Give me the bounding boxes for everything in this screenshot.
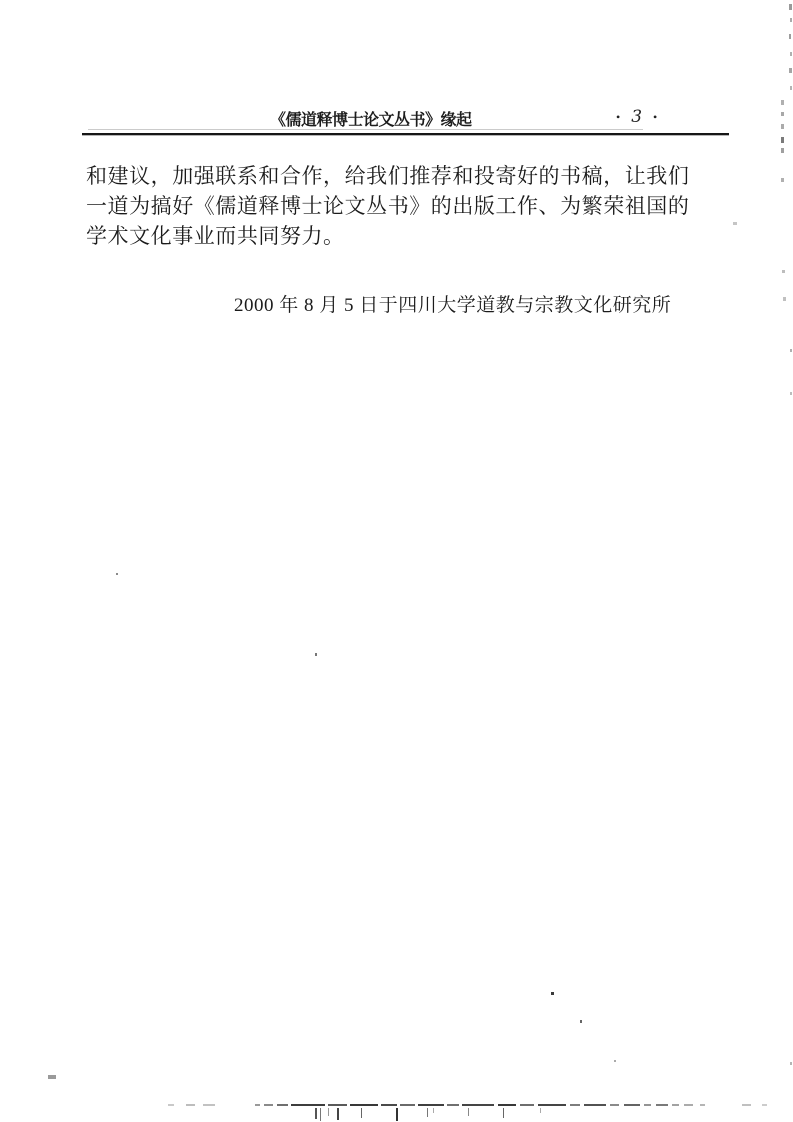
scan-mark bbox=[584, 1104, 606, 1106]
scan-mark bbox=[264, 1104, 273, 1106]
page-number-dot-right: • bbox=[653, 111, 657, 123]
scan-mark bbox=[790, 52, 792, 56]
scan-mark bbox=[782, 270, 785, 273]
body-paragraph: 和建议，加强联系和合作，给我们推荐和投寄好的书稿，让我们 一道为搞好《儒道释博士… bbox=[86, 161, 726, 251]
scan-mark bbox=[320, 1108, 321, 1121]
scan-mark bbox=[468, 1108, 469, 1116]
scan-mark bbox=[186, 1104, 195, 1106]
scan-mark bbox=[742, 1104, 751, 1106]
scan-mark bbox=[656, 1104, 668, 1106]
scan-mark bbox=[168, 1104, 174, 1106]
scan-mark bbox=[337, 1108, 339, 1120]
scan-mark bbox=[538, 1104, 566, 1106]
page-number: • 3 • bbox=[616, 107, 657, 127]
scan-mark bbox=[781, 148, 784, 153]
scan-mark bbox=[291, 1104, 325, 1106]
scan-mark bbox=[789, 68, 792, 73]
scan-mark bbox=[781, 124, 784, 129]
scan-mark bbox=[781, 100, 784, 105]
scan-mark bbox=[400, 1104, 415, 1106]
scan-mark bbox=[48, 1075, 56, 1079]
scan-mark bbox=[498, 1104, 516, 1106]
page-number-value: 3 bbox=[631, 109, 642, 126]
scan-mark bbox=[672, 1104, 679, 1106]
scan-mark bbox=[789, 34, 791, 39]
scan-mark bbox=[315, 1108, 317, 1119]
scan-mark bbox=[361, 1108, 362, 1118]
scan-mark bbox=[684, 1104, 693, 1106]
scan-mark bbox=[381, 1104, 397, 1106]
header-rule-ghost-line bbox=[88, 129, 643, 130]
scan-mark bbox=[790, 349, 792, 352]
scan-mark bbox=[614, 1060, 616, 1062]
paragraph-line-3: 学术文化事业而共同努力。 bbox=[86, 221, 726, 251]
scan-mark bbox=[447, 1104, 459, 1106]
scan-mark bbox=[762, 1104, 767, 1106]
scan-mark bbox=[580, 1020, 582, 1023]
page-number-dot-left: • bbox=[616, 111, 620, 123]
scan-mark bbox=[520, 1104, 534, 1106]
scan-mark bbox=[789, 4, 792, 10]
scan-mark bbox=[462, 1104, 494, 1106]
scan-mark bbox=[255, 1104, 260, 1106]
scan-mark bbox=[328, 1104, 347, 1106]
scan-mark bbox=[624, 1104, 640, 1106]
scan-mark bbox=[783, 297, 786, 301]
header-rule-line bbox=[82, 133, 729, 135]
scan-mark bbox=[610, 1104, 619, 1106]
scan-mark bbox=[781, 178, 784, 182]
scan-mark bbox=[781, 137, 784, 143]
scan-mark bbox=[700, 1104, 705, 1106]
scan-mark bbox=[790, 392, 792, 395]
scan-mark bbox=[396, 1108, 398, 1121]
running-header-title: 《儒道释博士论文丛书》缘起 bbox=[270, 107, 472, 130]
scan-mark bbox=[433, 1108, 434, 1113]
scan-mark bbox=[418, 1104, 444, 1106]
paragraph-line-1: 和建议，加强联系和合作，给我们推荐和投寄好的书稿，让我们 bbox=[86, 161, 726, 191]
scan-mark bbox=[203, 1104, 215, 1106]
scan-mark bbox=[427, 1108, 428, 1117]
scan-mark bbox=[733, 222, 737, 225]
scan-mark bbox=[781, 112, 784, 116]
scan-mark bbox=[644, 1104, 651, 1106]
scan-mark bbox=[551, 992, 554, 995]
scan-mark bbox=[350, 1104, 378, 1106]
scan-mark bbox=[790, 86, 792, 90]
scan-mark bbox=[540, 1108, 541, 1113]
scan-mark bbox=[328, 1108, 329, 1116]
scan-mark bbox=[277, 1104, 288, 1106]
dateline: 2000 年 8 月 5 日于四川大学道教与宗教文化研究所 bbox=[234, 293, 671, 319]
scan-mark bbox=[503, 1108, 504, 1118]
paragraph-line-2: 一道为搞好《儒道释博士论文丛书》的出版工作、为繁荣祖国的 bbox=[86, 191, 726, 221]
scan-mark bbox=[116, 573, 118, 575]
scanned-book-page: 《儒道释博士论文丛书》缘起 • 3 • 和建议，加强联系和合作，给我们推荐和投寄… bbox=[0, 0, 793, 1122]
scan-mark bbox=[790, 18, 792, 22]
scan-mark bbox=[315, 653, 317, 656]
scan-mark bbox=[570, 1104, 580, 1106]
scan-mark bbox=[790, 1062, 792, 1065]
